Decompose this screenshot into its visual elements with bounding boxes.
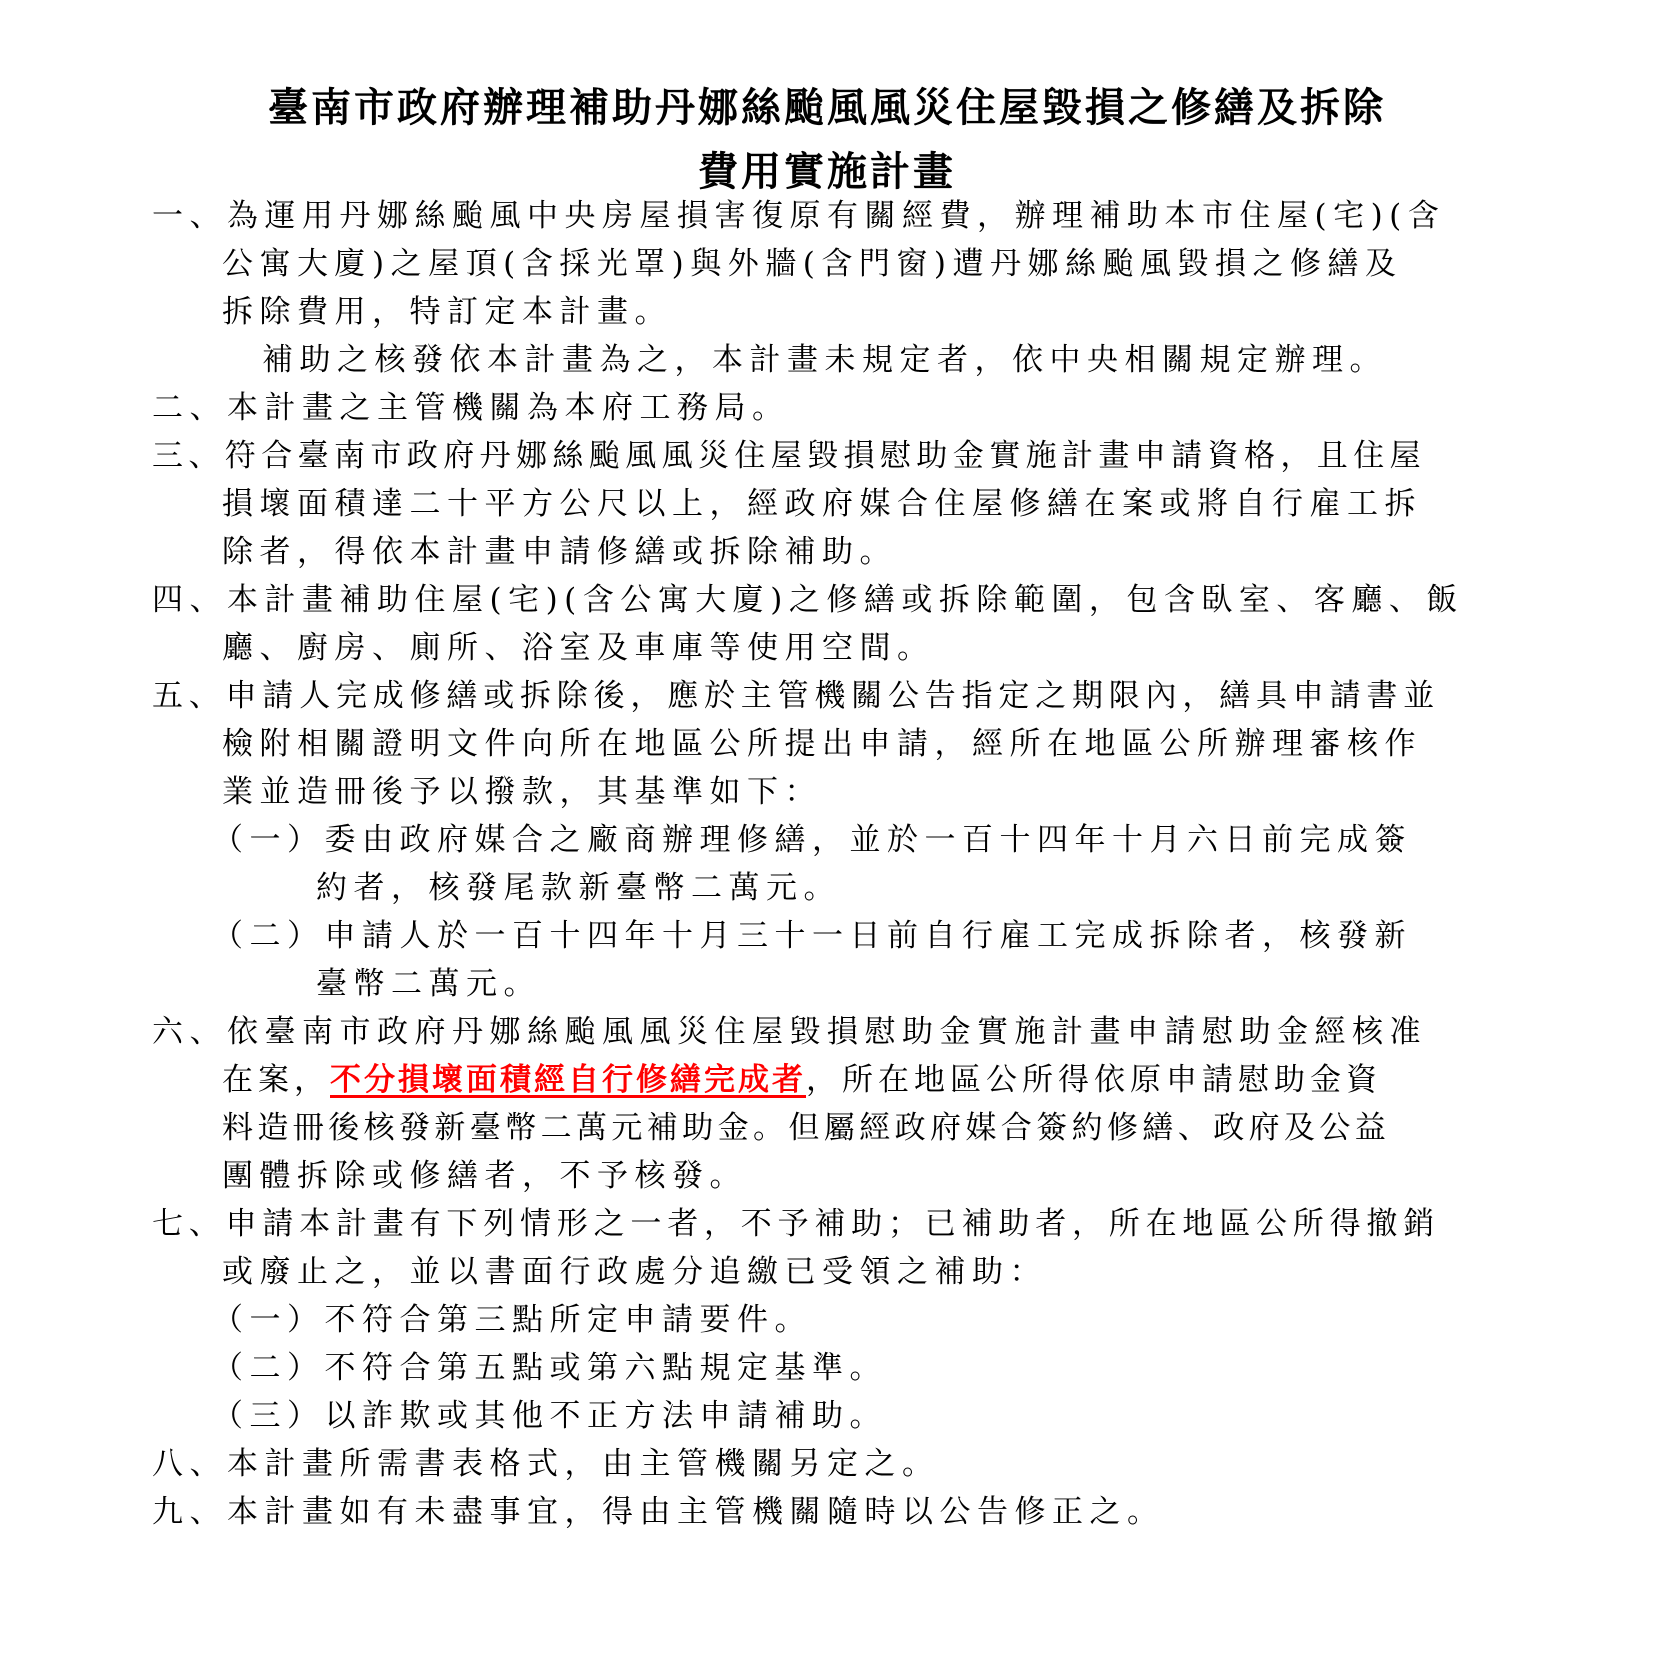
section-5-item-2-line-1: （二）申請人於一百十四年十月三十一日前自行雇工完成拆除者，核發新 (212, 916, 1412, 956)
highlighted-clause: 不分損壞面積經自行修繕完成者 (330, 1062, 806, 1098)
section-9-line-1: 九、本計畫如有未盡事宜，得由主管機關隨時以公告修正之。 (152, 1492, 1165, 1532)
section-3-line-2: 損壞面積達二十平方公尺以上，經政府媒合住屋修繕在案或將自行雇工拆 (222, 484, 1422, 524)
section-7-item-2: （二）不符合第五點或第六點規定基準。 (212, 1348, 887, 1388)
section-5-line-3: 業並造冊後予以撥款，其基準如下： (222, 772, 822, 812)
section-1-line-1: 一、為運用丹娜絲颱風中央房屋損害復原有關經費，辦理補助本市住屋(宅)(含 (152, 196, 1445, 236)
section-4-line-2: 廳、廚房、廁所、浴室及車庫等使用空間。 (222, 628, 935, 668)
section-5-line-2: 檢附相關證明文件向所在地區公所提出申請，經所在地區公所辦理審核作 (222, 724, 1422, 764)
section-6-line-1: 六、依臺南市政府丹娜絲颱風風災住屋毀損慰助金實施計畫申請慰助金經核准 (152, 1012, 1427, 1052)
section-7-line-1: 七、申請本計畫有下列情形之一者，不予補助；已補助者，所在地區公所得撤銷 (152, 1204, 1440, 1244)
section-7-item-3: （三）以詐欺或其他不正方法申請補助。 (212, 1396, 887, 1436)
section-6-line-2-head: 在案， (222, 1062, 330, 1098)
section-6-line-2-tail: ，所在地區公所得依原申請慰助金資 (806, 1062, 1382, 1098)
section-4-line-1: 四、本計畫補助住屋(宅)(含公寓大廈)之修繕或拆除範圍，包含臥室、客廳、飯 (152, 580, 1464, 620)
section-1-paragraph-2: 補助之核發依本計畫為之，本計畫未規定者，依中央相關規定辦理。 (262, 340, 1387, 380)
section-5-item-1-line-2: 約者，核發尾款新臺幣二萬元。 (316, 868, 841, 908)
document-title-line2: 費用實施計畫 (0, 140, 1654, 197)
section-2-line-1: 二、本計畫之主管機關為本府工務局。 (152, 388, 790, 428)
section-5-item-2-line-2: 臺幣二萬元。 (316, 964, 541, 1004)
section-1-line-3: 拆除費用，特訂定本計畫。 (222, 292, 672, 332)
section-6-line-2: 在案，不分損壞面積經自行修繕完成者，所在地區公所得依原申請慰助金資 (222, 1060, 1382, 1100)
section-3-line-3: 除者，得依本計畫申請修繕或拆除補助。 (222, 532, 897, 572)
section-3-line-1: 三、符合臺南市政府丹娜絲颱風風災住屋毀損慰助金實施計畫申請資格，且住屋 (152, 436, 1426, 476)
section-7-line-2: 或廢止之，並以書面行政處分追繳已受領之補助： (222, 1252, 1047, 1292)
section-6-line-3: 料造冊後核發新臺幣二萬元補助金。但屬經政府媒合簽約修繕、政府及公益 (222, 1108, 1390, 1148)
section-6-line-4: 團體拆除或修繕者，不予核發。 (222, 1156, 747, 1196)
section-8-line-1: 八、本計畫所需書表格式，由主管機關另定之。 (152, 1444, 940, 1484)
section-1-line-2: 公寓大廈)之屋頂(含採光罩)與外牆(含門窗)遭丹娜絲颱風毀損之修繕及 (222, 244, 1402, 284)
document-title-line1: 臺南市政府辦理補助丹娜絲颱風風災住屋毀損之修繕及拆除 (0, 76, 1654, 133)
section-5-line-1: 五、申請人完成修繕或拆除後，應於主管機關公告指定之期限內，繕具申請書並 (152, 676, 1440, 716)
section-5-item-1-line-1: （一）委由政府媒合之廠商辦理修繕，並於一百十四年十月六日前完成簽 (212, 820, 1412, 860)
section-7-item-1: （一）不符合第三點所定申請要件。 (212, 1300, 812, 1340)
